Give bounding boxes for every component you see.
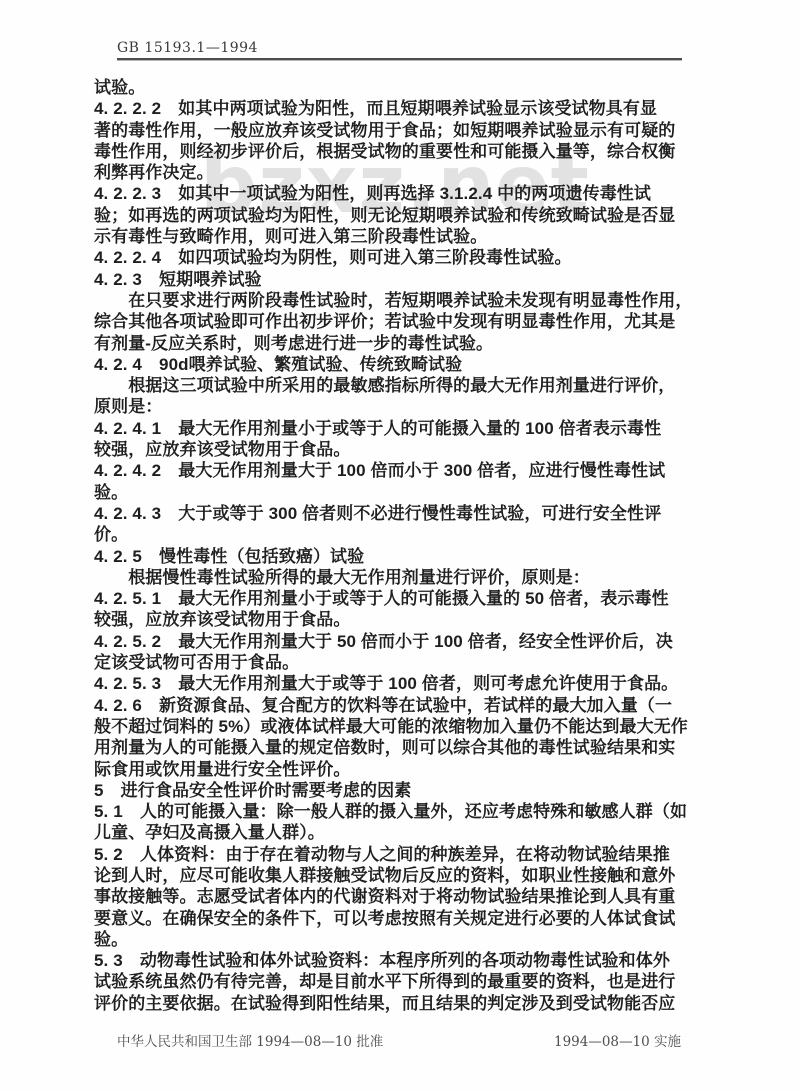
text-line: 论到人时，应尽可能收集人群接触受试物后反应的资料，如职业性接触和意外 [94,865,694,886]
text-line: 较强，应放弃该受试物用于食品。 [94,439,694,460]
text-line: 5. 3 动物毒性试验和体外试验资料：本程序所列的各项动物毒性试验和体外 [94,950,694,971]
text-line: 根据慢性毒性试验所得的最大无作用剂量进行评价，原则是： [94,567,694,588]
text-line: 价。 [94,524,694,545]
document-body-text: 试验。4. 2. 2. 2 如其中两项试验为阳性，而且短期喂养试验显示该受试物具… [94,77,694,1014]
text-line: 4. 2. 4. 1 最大无作用剂量小于或等于人的可能摄入量的 100 倍者表示… [94,418,694,439]
text-line: 在只要求进行两阶段毒性试验时，若短期喂养试验未发现有明显毒性作用， [94,290,694,311]
text-line: 综合其他各项试验即可作出初步评价；若试验中发现有明显毒性作用，尤其是 [94,311,694,332]
text-line: 4. 2. 5. 3 最大无作用剂量大于或等于 100 倍者，则可考虑允许使用于… [94,673,694,694]
scanned-standard-page: GB 15193.1—1994 bzxz.net 试验。4. 2. 2. 2 如… [0,0,800,1091]
text-line: 事故接触等。志愿受试者体内的代谢资料对于将动物试验结果推论到人具有重 [94,886,694,907]
text-line: 试验系统虽然仍有待完善，却是目前水平下所得到的最重要的资料，也是进行 [94,971,694,992]
text-line: 5. 1 人的可能摄入量：除一般人群的摄入量外，还应考虑特殊和敏感人群（如 [94,801,694,822]
text-line: 评价的主要依据。在试验得到阳性结果，而且结果的判定涉及到受试物能否应 [94,993,694,1014]
text-line: 儿童、孕妇及高摄入量人群）。 [94,822,694,843]
text-line: 根据这三项试验中所采用的最敏感指标所得的最大无作用剂量进行评价， [94,375,694,396]
text-line: 4. 2. 5. 2 最大无作用剂量大于 50 倍而小于 100 倍者，经安全性… [94,631,694,652]
standard-number: GB 15193.1—1994 [117,40,258,56]
text-line: 有剂量-反应关系时，则考虑进行进一步的毒性试验。 [94,333,694,354]
text-line: 般不超过饲料的 5%）或液体试样最大可能的浓缩物加入量仍不能达到最大无作 [94,716,694,737]
text-line: 4. 2. 2. 2 如其中两项试验为阳性，而且短期喂养试验显示该受试物具有显 [94,98,694,119]
text-line: 际食用或饮用量进行安全性评价。 [94,759,694,780]
text-line: 4. 2. 6 新资源食品、复合配方的饮料等在试验中，若试样的最大加入量（一 [94,695,694,716]
text-line: 4. 2. 2. 4 如四项试验均为阴性，则可进入第三阶段毒性试验。 [94,247,694,268]
text-line: 5. 2 人体资料：由于存在着动物与人之间的种族差异，在将动物试验结果推 [94,844,694,865]
text-line: 5 进行食品安全性评价时需要考虑的因素 [94,780,694,801]
text-line: 4. 2. 5. 1 最大无作用剂量小于或等于人的可能摄入量的 50 倍者，表示… [94,588,694,609]
text-line: 4. 2. 4. 2 最大无作用剂量大于 100 倍而小于 300 倍者，应进行… [94,460,694,481]
text-line: 用剂量为人的可能摄入量的规定倍数时，则可以综合其他的毒性试验结果和实 [94,737,694,758]
text-line: 示有毒性与致畸作用，则可进入第三阶段毒性试验。 [94,226,694,247]
text-line: 验。 [94,482,694,503]
text-line: 验。 [94,929,694,950]
text-line: 验；如再选的两项试验均为阳性，则无论短期喂养试验和传统致畸试验是否显 [94,205,694,226]
footer-approval-text: 中华人民共和国卫生部 1994—08—10 批准 [117,1030,383,1050]
header-divider [117,58,682,61]
text-line: 毒性作用，则经初步评价后，根据受试物的重要性和可能摄入量等，综合权衡 [94,141,694,162]
text-line: 4. 2. 3 短期喂养试验 [94,269,694,290]
footer-implementation-text: 1994—08—10 实施 [554,1030,681,1050]
text-line: 利弊再作决定。 [94,162,694,183]
page-footer: 中华人民共和国卫生部 1994—08—10 批准 1994—08—10 实施 [117,1030,681,1050]
text-line: 原则是： [94,396,694,417]
text-line: 定该受试物可否用于食品。 [94,652,694,673]
text-line: 4. 2. 4. 3 大于或等于 300 倍者则不必进行慢性毒性试验，可进行安全… [94,503,694,524]
text-line: 4. 2. 5 慢性毒性（包括致癌）试验 [94,546,694,567]
text-line: 4. 2. 4 90d喂养试验、繁殖试验、传统致畸试验 [94,354,694,375]
text-line: 要意义。在确保安全的条件下，可以考虑按照有关规定进行必要的人体试食试 [94,908,694,929]
text-line: 较强，应放弃该受试物用于食品。 [94,609,694,630]
text-line: 著的毒性作用，一般应放弃该受试物用于食品；如短期喂养试验显示有可疑的 [94,120,694,141]
text-line: 4. 2. 2. 3 如其中一项试验为阳性，则再选择 3.1.2.4 中的两项遗… [94,183,694,204]
text-line: 试验。 [94,77,694,98]
